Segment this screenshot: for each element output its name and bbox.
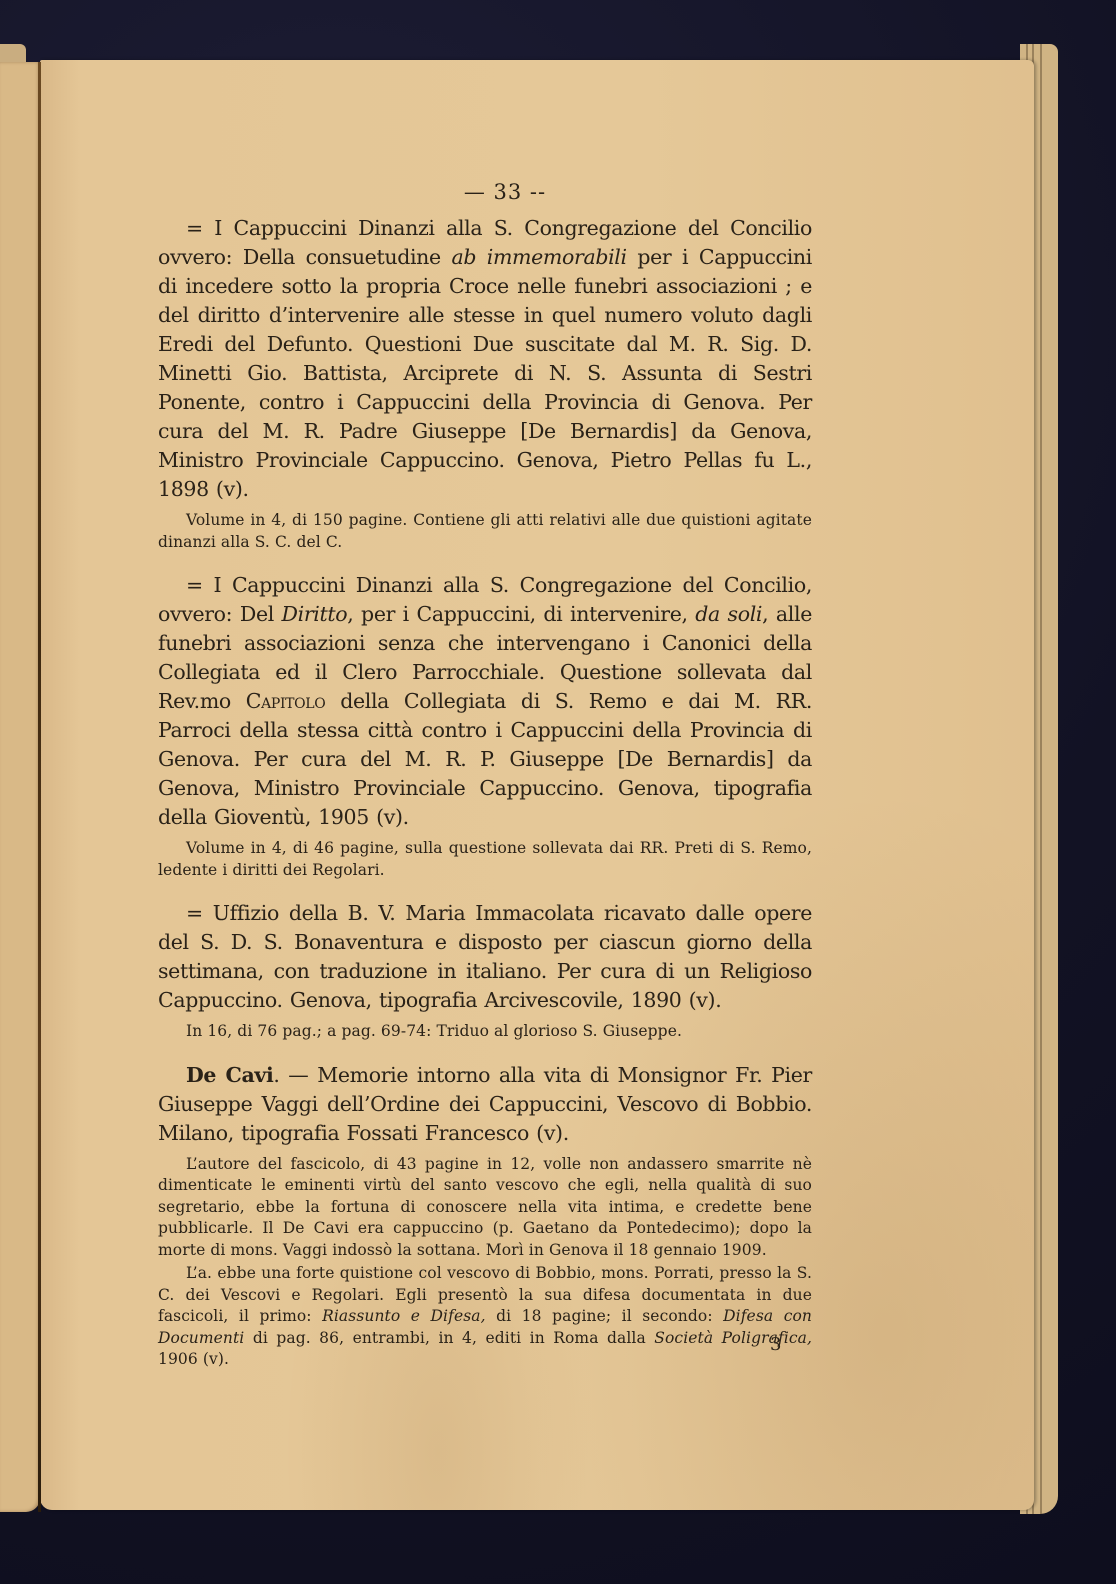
entry-note: Volume in 4, di 46 pagine, sulla questio… [158,838,812,881]
entry-smallcaps: Capitolo [246,689,326,713]
entry-note: In 16, di 76 pag.; a pag. 69-74: Triduo … [158,1021,812,1043]
left-page-edge [0,62,40,1512]
entry-note: L’autore del fascicolo, di 43 pagine in … [158,1154,812,1262]
entry-text: = Uffizio della B. V. Maria Immacolata r… [158,901,812,1012]
note-text: 1906 (v). [158,1350,229,1368]
entry-note: L’a. ebbe una forte quistione col vescov… [158,1263,812,1371]
entry-text: , per i Cappuccini, di intervenire, [347,602,695,626]
entry-italic: ab immemorabili [451,245,626,269]
entry-note: Volume in 4, di 150 pagine. Contiene gli… [158,510,812,553]
page-edge-line [1040,44,1042,1514]
page-text: — 33 -- = I Cappuccini Dinanzi alla S. C… [158,180,812,1371]
note-italic: Riassunto e Difesa, [322,1307,486,1325]
page-folio: — 33 -- [158,180,812,204]
entry-text: per i Cappuccini di incedere sotto la pr… [158,245,812,501]
left-page-corner [0,44,26,62]
bibliography-entry: = Uffizio della B. V. Maria Immacolata r… [158,899,812,1015]
book-gutter [38,62,41,1512]
note-italic: Società Poligrafica, [654,1329,812,1347]
bibliography-entry: = I Cappuccini Dinanzi alla S. Congregaz… [158,214,812,504]
entry-italic: Diritto [282,602,348,626]
entry-author: De Cavi [186,1063,273,1087]
bibliography-entry: De Cavi. — Memorie intorno alla vita di … [158,1061,812,1148]
note-text: L’autore del fascicolo, di 43 pagine in … [158,1155,812,1259]
note-text: di pag. 86, entrambi, in 4, editi in Rom… [244,1329,654,1347]
entry-italic: da soli [695,602,762,626]
signature-mark: 3 [770,1334,781,1355]
bibliography-entry: = I Cappuccini Dinanzi alla S. Congregaz… [158,571,812,832]
note-text: di 18 pagine; il secondo: [486,1307,723,1325]
